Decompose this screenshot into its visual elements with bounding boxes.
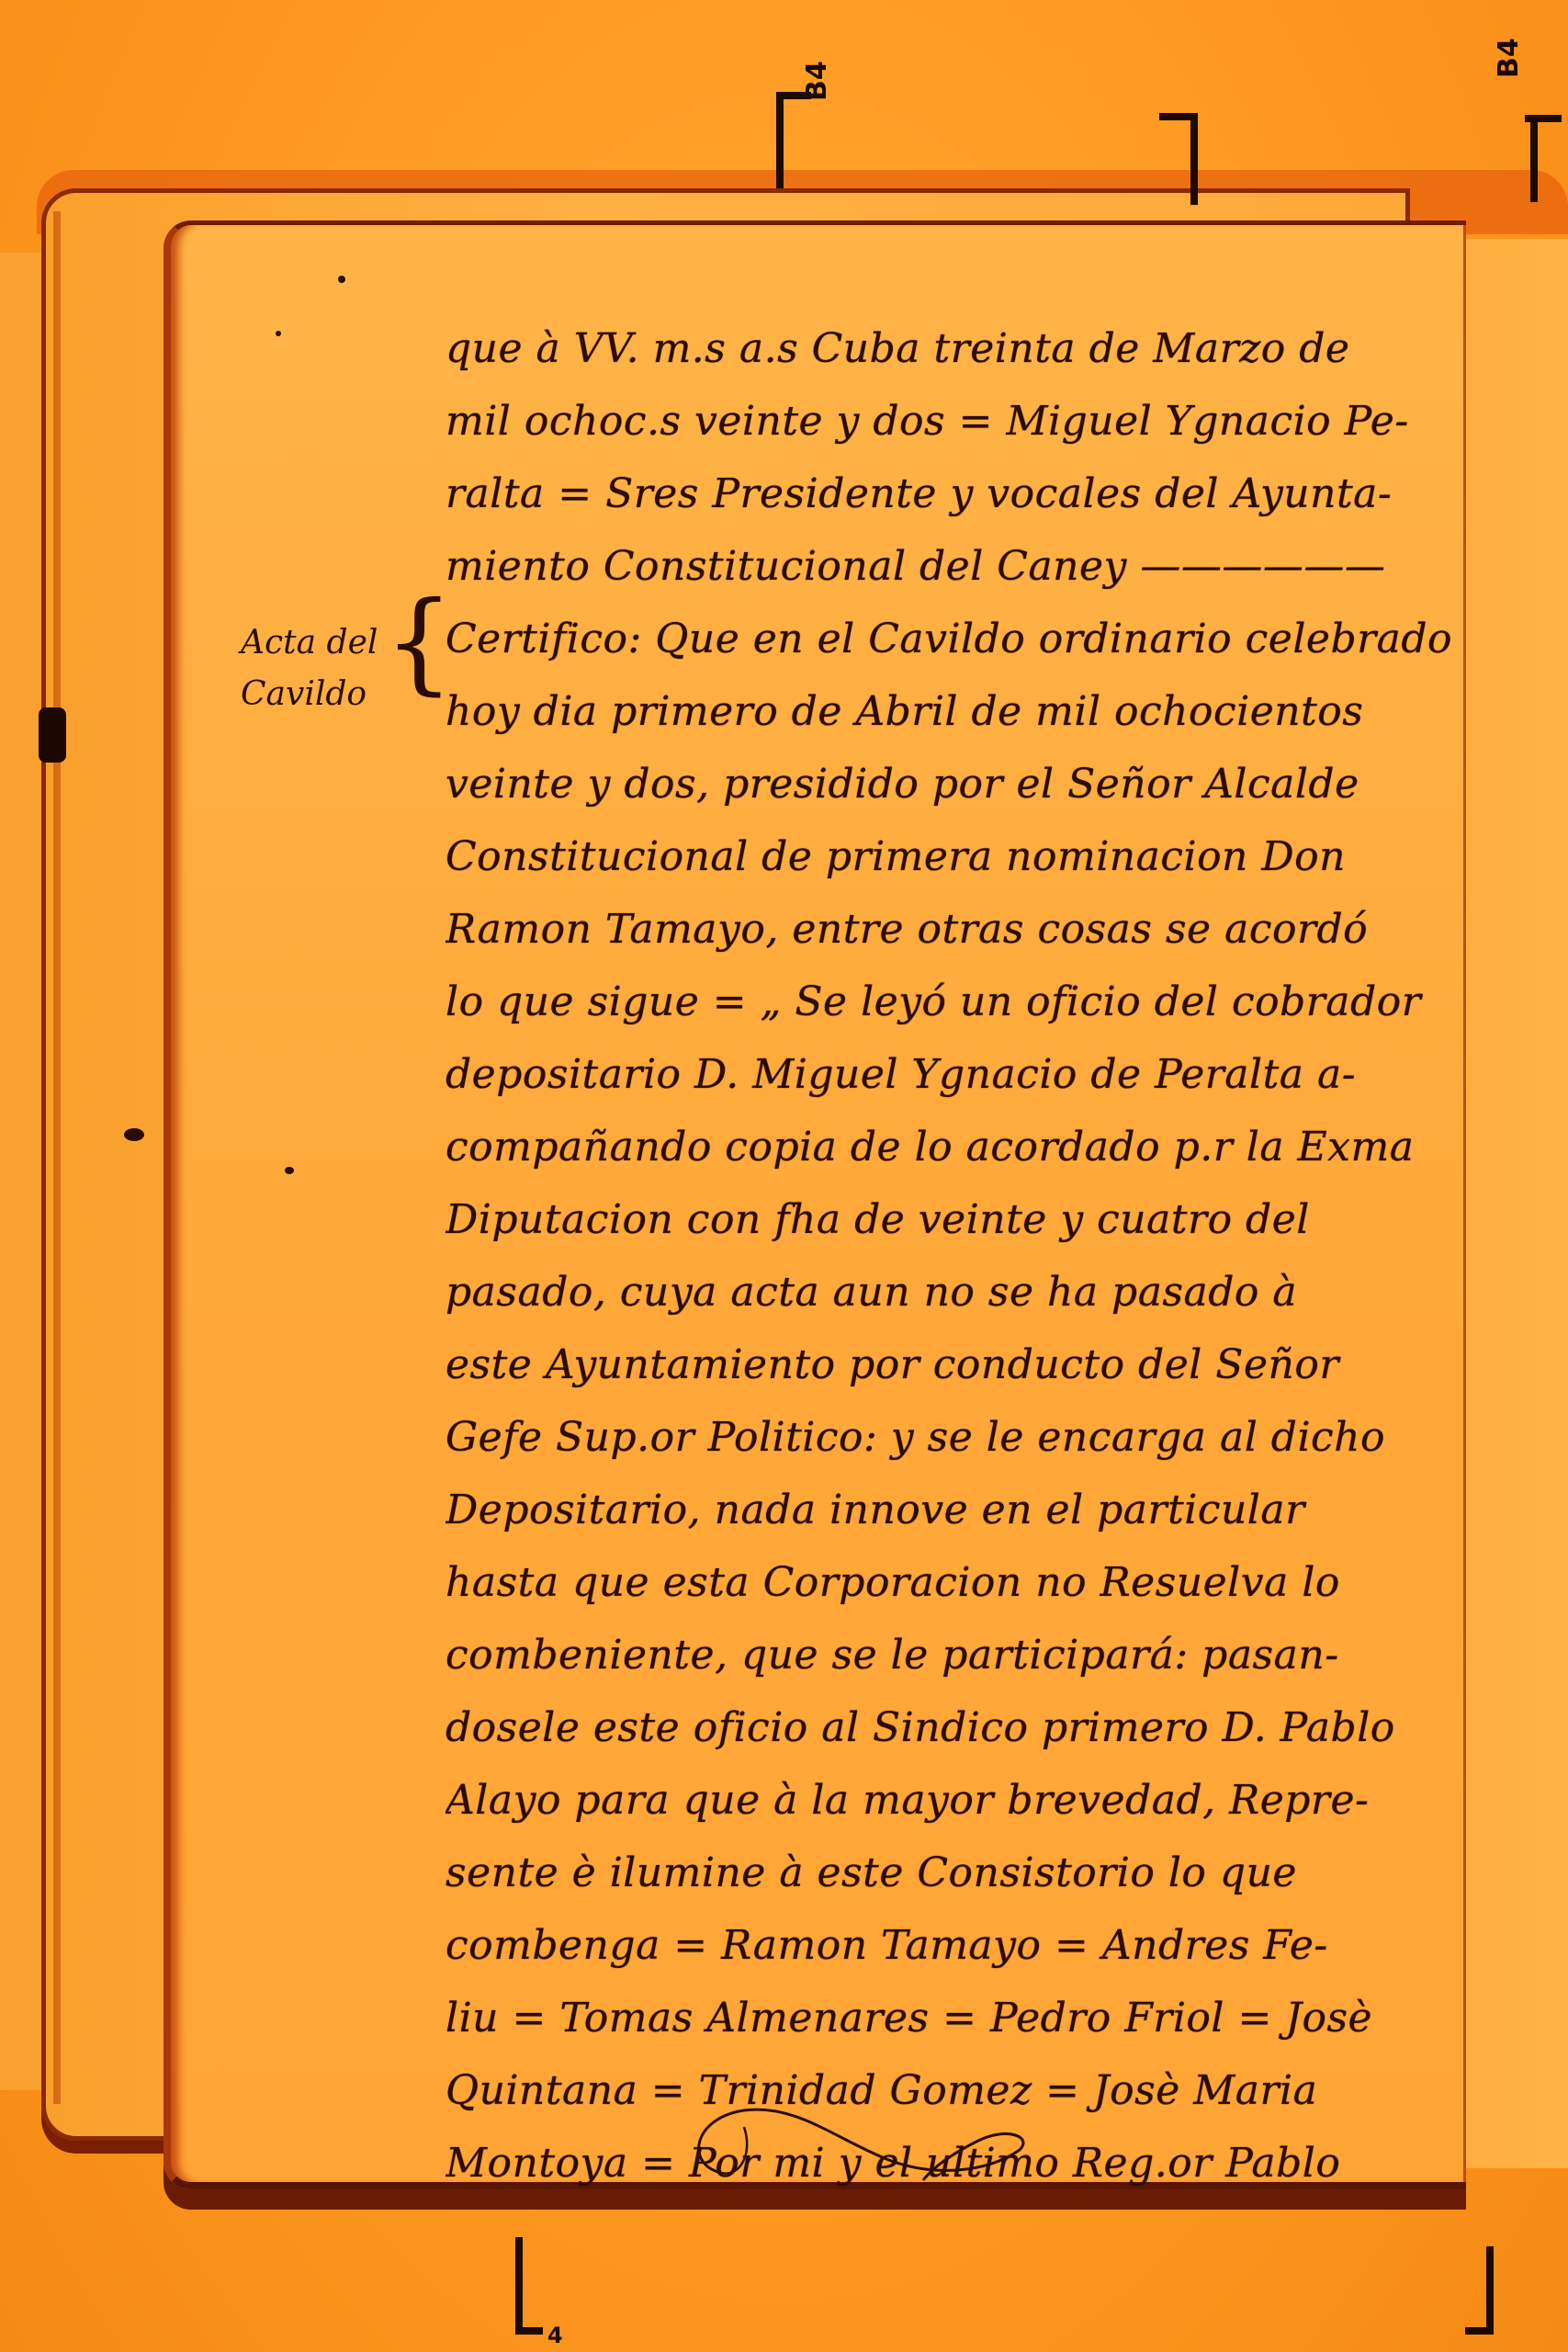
crop-label-top-right: B4 — [1493, 38, 1525, 78]
ink-speck — [285, 1167, 294, 1174]
text-line: Gefe Sup.or Politico: y se le encarga al… — [446, 1401, 1456, 1474]
text-line: lo que sigue = „ Se leyó un oficio del c… — [446, 966, 1456, 1038]
text-line: Constitucional de primera nominacion Don — [446, 820, 1456, 893]
text-line: hoy dia primero de Abril de mil ochocien… — [446, 675, 1456, 748]
text-line: compañando copia de lo acordado p.r la E… — [446, 1111, 1456, 1183]
text-line: Diputacion con fha de veinte y cuatro de… — [446, 1183, 1456, 1256]
text-line: combenga = Ramon Tamayo = Andres Fe- — [446, 1909, 1456, 1982]
text-line: depositario D. Miguel Ygnacio de Peralta… — [446, 1038, 1456, 1111]
text-line: veinte y dos, presidido por el Señor Alc… — [446, 748, 1456, 820]
ink-blot — [124, 1128, 144, 1141]
text-line: dosele este oficio al Sindico primero D.… — [446, 1691, 1456, 1764]
text-line: combeniente, que se le participará: pasa… — [446, 1619, 1456, 1691]
crop-label-top-left: B4 — [801, 61, 833, 101]
crop-mark-bottom-left-v — [515, 2237, 523, 2334]
text-line: pasado, cuya acta aun no se ha pasado à — [446, 1256, 1456, 1329]
crop-mark-bottom-right-v — [1486, 2246, 1494, 2334]
text-line: sente è ilumine à este Consistorio lo qu… — [446, 1837, 1456, 1909]
text-line: ralta = Sres Presidente y vocales del Ay… — [446, 458, 1456, 530]
ink-speck — [338, 276, 345, 283]
crop-mark-bottom-right-h — [1465, 2327, 1494, 2335]
text-line: Ramon Tamayo, entre otras cosas se acord… — [446, 893, 1456, 966]
text-line: mil ochoc.s veinte y dos = Miguel Ygnaci… — [446, 385, 1456, 458]
text-line: liu = Tomas Almenares = Pedro Friol = Jo… — [446, 1982, 1456, 2054]
crop-label-bottom-left: 4 — [547, 2323, 563, 2348]
text-line: este Ayuntamiento por conducto del Señor — [446, 1329, 1456, 1401]
brace-icon: { — [384, 588, 454, 698]
crop-mark-top-left-v — [776, 92, 784, 188]
crop-mark-bottom-left-h — [515, 2327, 543, 2335]
crop-mark-far-right-v — [1530, 115, 1538, 202]
signature-flourish-icon — [657, 2099, 1043, 2182]
ink-blot — [39, 707, 66, 763]
text-line: Certifico: Que en el Cavildo ordinario c… — [446, 603, 1456, 675]
manuscript-body: que à VV. m.s a.s Cuba treinta de Marzo … — [446, 312, 1456, 2199]
ink-speck — [276, 331, 281, 336]
text-line: que à VV. m.s a.s Cuba treinta de Marzo … — [446, 312, 1456, 385]
text-line: miento Constitucional del Caney —————— — [446, 530, 1456, 603]
back-page-fold-line — [53, 211, 61, 2104]
text-line: Depositario, nada innove en el particula… — [446, 1474, 1456, 1546]
text-line: hasta que esta Corporacion no Resuelva l… — [446, 1546, 1456, 1619]
text-line: Alayo para que à la mayor brevedad, Repr… — [446, 1764, 1456, 1837]
right-facing-page-edge — [1461, 239, 1568, 2168]
crop-mark-top-right-v — [1190, 113, 1198, 205]
